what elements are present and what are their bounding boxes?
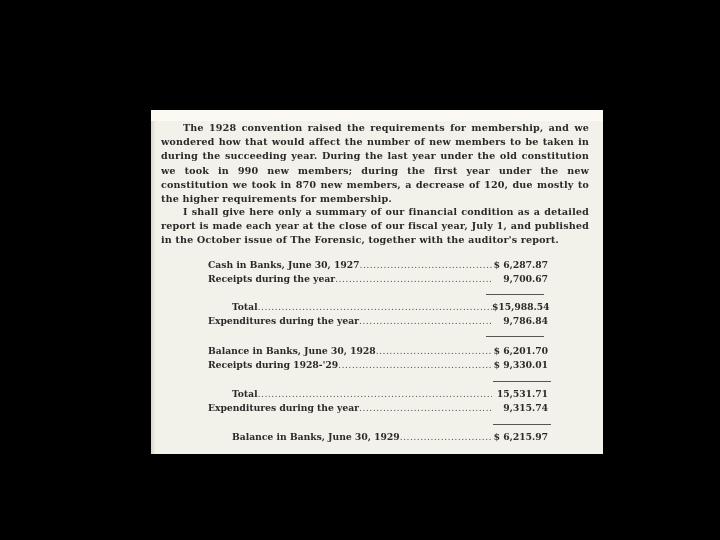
ledger-row: Expenditures during the year............… (208, 403, 548, 417)
sum-rule (493, 424, 551, 425)
sum-rule (486, 336, 544, 337)
ledger-row: Cash in Banks, June 30, 1927............… (208, 260, 548, 274)
sum-rule (493, 381, 551, 382)
ledger-row: Receipts during 1928-'29................… (208, 360, 548, 374)
ledger-row: Expenditures during the year............… (208, 316, 548, 330)
ledger-row-balance: Balance in Banks, June 30, 1929.........… (208, 432, 548, 446)
ledger-row-total: Total...................................… (208, 389, 548, 403)
ledger-row: Receipts during the year................… (208, 274, 548, 288)
document-page: The 1928 convention raised the requireme… (151, 110, 603, 454)
paragraph-financial-intro: I shall give here only a summary of our … (161, 206, 589, 249)
paragraph-text: The 1928 convention raised the requireme… (161, 123, 589, 205)
sum-rule (486, 294, 544, 295)
paragraph-membership: The 1928 convention raised the requireme… (161, 122, 589, 207)
paragraph-text: I shall give here only a summary of our … (161, 207, 589, 246)
ledger-row-total: Total...................................… (208, 302, 548, 316)
page-gutter-shadow (151, 121, 156, 454)
page-top-margin (151, 110, 603, 121)
ledger-row: Balance in Banks, June 30, 1928.........… (208, 346, 548, 360)
